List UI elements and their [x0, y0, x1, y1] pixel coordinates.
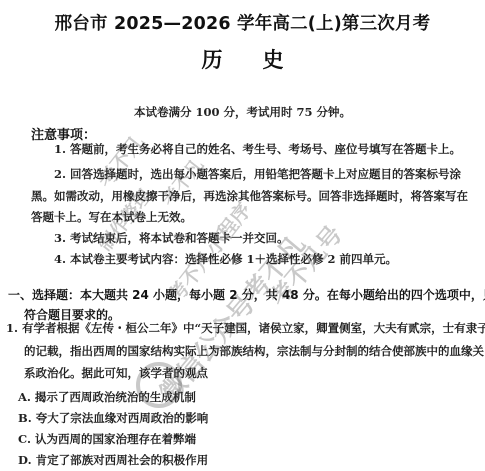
- watermark-text-1: 考不凡: [90, 128, 150, 193]
- exam-title: 邢台市 2025—2026 学年高二(上)第三次月考: [0, 10, 485, 35]
- question-1-option-d: D. 肯定了部族对西周社会的积极作用: [18, 452, 208, 468]
- question-1-stem-line-3: 系政治化。据此可知，该学者的观点: [24, 366, 208, 380]
- note-line-3: 3. 考试结束后，将本试卷和答题卡一并交回。: [54, 231, 289, 245]
- question-1-option-a: A. 揭示了西周政治统治的生成机制: [18, 389, 196, 405]
- question-1-option-c: C. 认为西周的国家治理存在着弊端: [18, 431, 196, 447]
- note-line-4: 4. 本试卷主要考试内容：选择性必修 1＋选择性必修 2 前四单元。: [54, 252, 397, 266]
- question-1-stem-line-2: 的记载，指出西周的国家结构实际上为部族结构，宗法制与分封制的结合使部族中的血缘关: [24, 344, 484, 358]
- section-heading: 一、选择题：本大题共 24 小题，每小题 2 分，共 48 分。在每小题给出的四…: [8, 286, 485, 303]
- notes-heading: 注意事项：: [31, 124, 96, 143]
- question-1-option-b: B. 夸大了宗法血缘对西周政治的影响: [18, 410, 208, 426]
- note-line-2: 2. 回答选择题时，选出每小题答案后，用铅笔把答题卡上对应题目的答案标号涂: [54, 167, 461, 181]
- exam-info: 本试卷满分 100 分，考试用时 75 分钟。: [0, 104, 485, 120]
- question-1-stem-line-1: 1. 有学者根据《左传・桓公二年》中“天子建国，诸侯立家，卿置侧室，大夫有贰宗，…: [6, 321, 485, 335]
- note-line-2-end: 答题卡上。写在本试卷上无效。: [31, 210, 192, 224]
- subject-title: 历史: [0, 44, 485, 74]
- note-line-2-cont: 黑。如需改动，用橡皮擦干净后，再选涂其他答案标号。回答非选择题时，将答案写在: [31, 189, 468, 203]
- note-line-1: 1. 答题前，考生务必将自己的姓名、考生号、考场号、座位号填写在答题卡上。: [54, 142, 461, 156]
- exam-page: 邢台市 2025—2026 学年高二(上)第三次月考 历史 本试卷满分 100 …: [0, 0, 485, 471]
